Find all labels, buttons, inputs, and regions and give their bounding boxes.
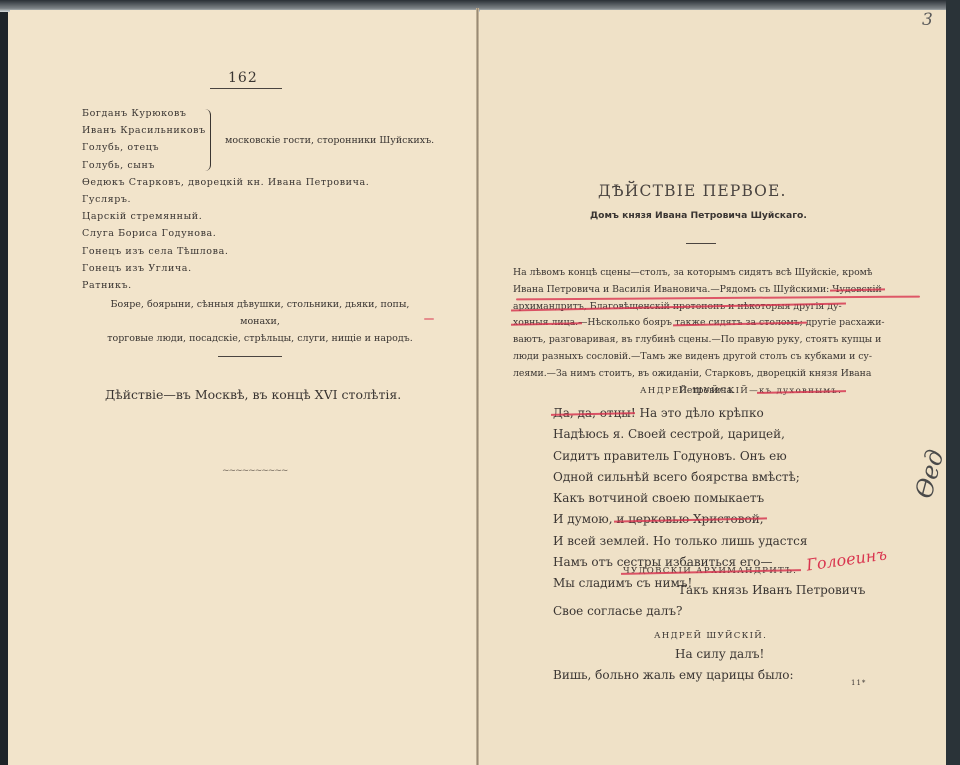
- scene-title: Домъ князя Ивана Петровича Шуйскаго.: [590, 210, 807, 221]
- stage-line: ховныя лица.—Нѣсколько бояръ также сидят…: [513, 315, 901, 332]
- stage-line: леями.—За нимъ стоитъ, въ ожиданіи, Стар…: [513, 366, 901, 383]
- red-mark: [424, 318, 434, 320]
- cast-group-note: московскіе гости, сторонники Шуйскихъ.: [225, 135, 434, 146]
- cast-item: Ратникъ.: [82, 277, 369, 294]
- speaker-name: АНДРЕЙ ШУЙСКІЙ.: [654, 631, 767, 641]
- cast-item: Гонецъ изъ Углича.: [82, 260, 369, 277]
- stage-line: На лѣвомъ концѣ сцены—столъ, за которымъ…: [513, 265, 901, 282]
- section-rule: [218, 356, 282, 357]
- struck-text: также сидятъ за столомъ;: [675, 317, 803, 328]
- stage-line: ваютъ, разговаривая, въ глубинѣ сцены.—П…: [513, 332, 901, 349]
- setting-line: Дѣйствіе—въ Москвѣ, въ концѣ XVI столѣті…: [105, 387, 401, 402]
- struck-text: и церковью Христовой,: [616, 512, 763, 526]
- verse-line: Сидитъ правитель Годуновъ. Онъ ею: [553, 446, 807, 467]
- stage-direction: На лѣвомъ концѣ сцены—столъ, за которымъ…: [513, 265, 901, 399]
- extras-line: торговые люди, посадскіе, стрѣльцы, слуг…: [95, 330, 425, 347]
- cast-list: Богданъ Курюковъ Иванъ Красильниковъ Гол…: [82, 105, 369, 294]
- stage-line: люди разныхъ сословій.—Тамъ же виденъ др…: [513, 349, 901, 366]
- verse-line: Одной сильнѣй всего боярства вмѣстѣ;: [553, 467, 807, 488]
- speaker-name: ЧУДОВСКІЙ АРХИМАНДРИТЪ.: [623, 566, 797, 576]
- extras-line: Бояре, боярыни, сѣнныя дѣвушки, стольник…: [95, 296, 425, 330]
- verse-line: Надѣюсь я. Своей сестрой, царицей,: [553, 424, 807, 445]
- cast-item: Слуга Бориса Годунова.: [82, 225, 369, 242]
- page-number: 162: [228, 70, 258, 86]
- cast-item: Голубь, сынъ: [82, 157, 369, 174]
- page-number-rule: [210, 88, 282, 89]
- act-rule: [686, 243, 716, 244]
- extras-list: Бояре, боярыни, сѣнныя дѣвушки, стольник…: [95, 296, 425, 347]
- stage-line: архимандритъ, Благовѣщенскій протопопъ и…: [513, 299, 901, 316]
- speaker-name: АНДРЕЙ ШУЙСКІЙ—къ духовнымъ.: [640, 386, 842, 396]
- scanner-right-edge: [946, 0, 960, 765]
- book-gutter: [476, 8, 479, 765]
- ornament-divider-icon: ~~~~~~~~~~: [222, 466, 287, 476]
- cast-item: Гусляръ.: [82, 191, 369, 208]
- verse-block: Такъ князь Иванъ Петровичъ Свое согласье…: [553, 580, 865, 623]
- verse-line: Свое согласье далъ?: [553, 601, 865, 622]
- struck-text: Чудовскій: [832, 284, 881, 295]
- verse-line: Такъ князь Иванъ Петровичъ: [553, 580, 865, 601]
- cast-item: Гонецъ изъ села Тѣшлова.: [82, 243, 369, 260]
- verse-block: На силу далъ! Вишь, больно жаль ему цари…: [553, 644, 794, 687]
- cast-item: Ѳедюкъ Старковъ, дворецкій кн. Ивана Пет…: [82, 174, 369, 191]
- cast-item: Царскій стремянный.: [82, 208, 369, 225]
- act-title: ДѢЙСТВІЕ ПЕРВОЕ.: [598, 182, 787, 200]
- struck-text: ховныя лица.: [513, 317, 578, 328]
- verse-line: И всей землей. Но только лишь удастся: [553, 531, 807, 552]
- verse-line: Вишь, больно жаль ему царицы было:: [553, 665, 794, 686]
- struck-text: архимандритъ, Благовѣщенскій протопопъ и…: [513, 301, 842, 312]
- verse-line: На силу далъ!: [553, 644, 794, 665]
- struck-text: Да, да, отцы: [553, 406, 631, 420]
- verse-line: И думою, и церковью Христовой,: [553, 509, 807, 530]
- struck-text: ЧУДОВСКІЙ АРХИМАНДРИТЪ.: [623, 566, 797, 576]
- cast-item: Богданъ Курюковъ: [82, 105, 369, 122]
- handwritten-page-number: 3: [922, 10, 933, 30]
- folio-signature: 11*: [851, 679, 866, 687]
- struck-text: къ духовнымъ.: [759, 386, 842, 396]
- verse-line: Да, да, отцы! На это дѣло крѣпко: [553, 403, 807, 424]
- curly-brace-icon: [200, 109, 211, 171]
- verse-line: Какъ вотчиной своею помыкаетъ: [553, 488, 807, 509]
